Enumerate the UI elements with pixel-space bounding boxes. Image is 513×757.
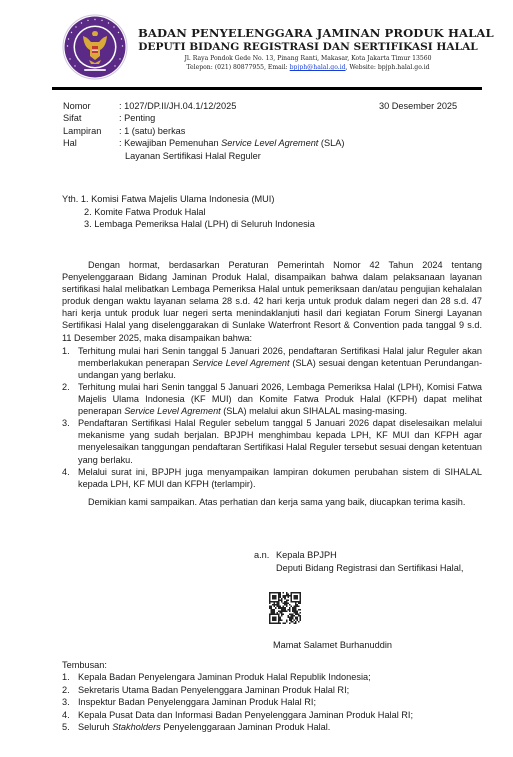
unit-name: DEPUTI BIDANG REGISTRASI DAN SERTIFIKASI… [138,41,478,54]
point-item: 3.Pendaftaran Sertifikasi Halal Reguler … [62,417,482,465]
intro-paragraph: Dengan hormat, berdasarkan Peraturan Pem… [62,259,482,344]
hal-value-line2: Layanan Sertifikasi Halal Reguler [63,150,344,162]
tembusan-item: 2.Sekretaris Utama Badan Penyelenggara J… [62,684,413,696]
point-item: 2.Terhitung mulai hari Senin tanggal 5 J… [62,381,482,417]
signature-block: a.n.Kepala BPJPH Deputi Bidang Registras… [254,549,463,575]
letter-date: 30 Desember 2025 [379,100,457,112]
point-item: 1.Terhitung mulai hari Senin tanggal 5 J… [62,345,482,381]
tembusan-list: 1.Kepala Badan Penyelengara Jaminan Prod… [62,671,413,733]
letterhead-divider [52,87,482,90]
lampiran-label: Lampiran [63,125,119,137]
sifat-label: Sifat [63,112,119,124]
tembusan-item: 3.Inspektur Badan Penyelenggara Jaminan … [62,696,413,708]
contact-line: Telepon: (021) 80877955, Email: bpjph@ha… [138,63,478,72]
tembusan: Tembusan: 1.Kepala Badan Penyelengara Ja… [62,659,413,733]
letter-body: Dengan hormat, berdasarkan Peraturan Pem… [62,259,482,508]
letter-page: BADAN PENYELENGGARA JAMINAN PRODUK HALAL… [0,0,513,757]
tembusan-item: 1.Kepala Badan Penyelengara Jaminan Prod… [62,671,413,683]
addressee-item: 2. Komite Fatwa Produk Halal [62,206,315,219]
tembusan-item: 5.Seluruh Stakholders Penyelenggaraan Ja… [62,721,413,733]
addressees: Yth. 1. Komisi Fatwa Majelis Ulama Indon… [62,193,315,231]
letter-meta: Nomor: 1027/DP.II/JH.04.1/12/2025 Sifat:… [63,100,344,162]
nomor-label: Nomor [63,100,119,112]
addressee-item: 1. Komisi Fatwa Majelis Ulama Indonesia … [81,194,275,204]
hal-value: : Kewajiban Pemenuhan Service Level Agre… [119,137,344,149]
points-list: 1.Terhitung mulai hari Senin tanggal 5 J… [62,345,482,490]
org-name: BADAN PENYELENGGARA JAMINAN PRODUK HALAL [138,26,478,41]
lampiran-value: : 1 (satu) berkas [119,125,185,137]
signer-position: Deputi Bidang Registrasi dan Sertifikasi… [254,562,463,575]
email-link[interactable]: bpjph@halal.go.id [290,64,346,71]
hal-label: Hal [63,137,119,149]
nomor-value: : 1027/DP.II/JH.04.1/12/2025 [119,100,236,112]
tembusan-title: Tembusan: [62,659,413,671]
tembusan-item: 4.Kepala Pusat Data dan Informasi Badan … [62,709,413,721]
an-title: Kepala BPJPH [276,549,337,562]
letterhead: BADAN PENYELENGGARA JAMINAN PRODUK HALAL… [138,26,478,72]
qr-code-icon [269,592,301,624]
point-item: 4.Melalui surat ini, BPJPH juga menyampa… [62,466,482,490]
address: Jl. Raya Pondok Gede No. 13, Pinang Rant… [138,54,478,63]
bpjph-emblem-icon [62,14,128,80]
addressee-item: 3. Lembaga Pemeriksa Halal (LPH) di Selu… [62,218,315,231]
an-prefix: a.n. [254,549,276,562]
sifat-value: : Penting [119,112,155,124]
closing-paragraph: Demikian kami sampaikan. Atas perhatian … [62,496,482,508]
signer-name: Mamat Salamet Burhanuddin [273,640,392,650]
